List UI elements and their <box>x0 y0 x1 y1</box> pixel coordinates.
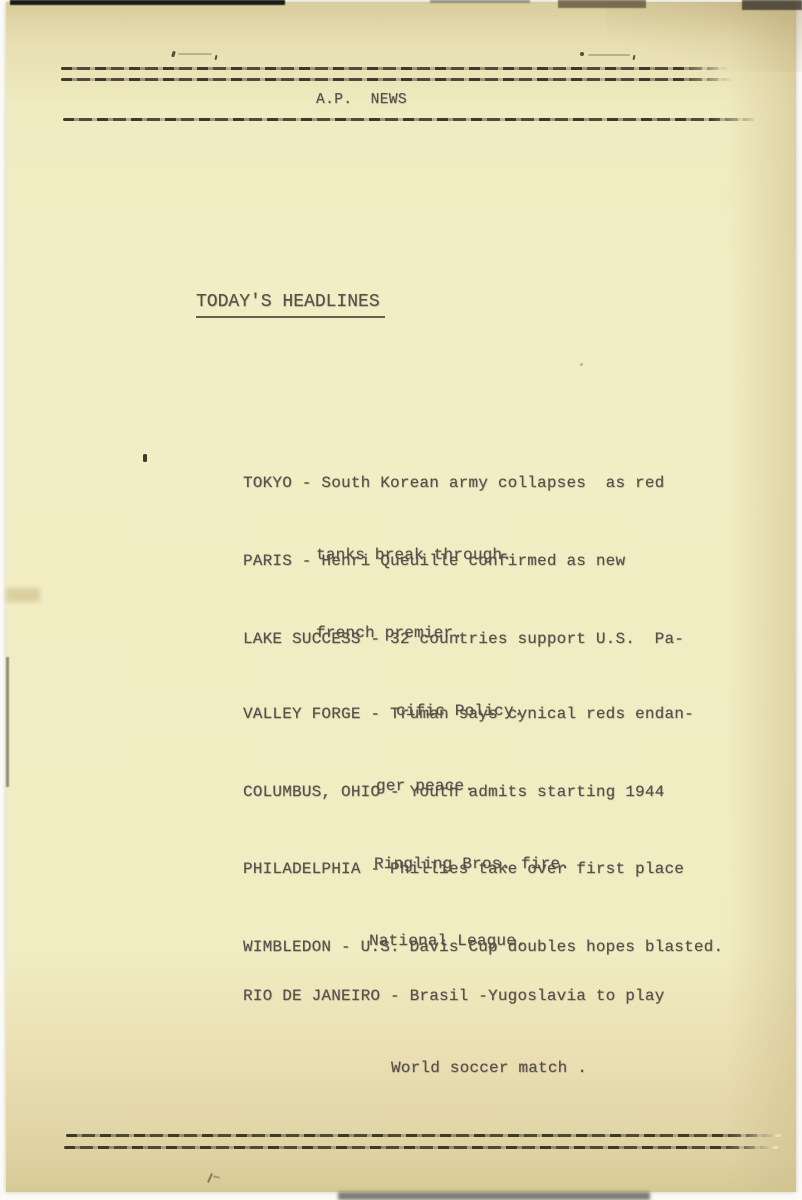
scan-edge-artifact <box>430 0 530 3</box>
paper-edge-shadow <box>6 657 9 787</box>
ink-speck <box>171 51 175 57</box>
masthead-top-rule-1 <box>61 67 729 70</box>
scan-edge-artifact <box>558 0 646 8</box>
section-title: TODAY'S HEADLINES <box>196 291 385 318</box>
ink-speck <box>213 1175 220 1178</box>
scan-edge-artifact <box>742 0 802 10</box>
scan-edge-artifact <box>10 0 285 5</box>
ink-speck <box>580 52 584 56</box>
headline-rio: RIO DE JANEIRO - Brasil -Yugoslavia to p… <box>243 946 783 1118</box>
ink-speck <box>580 363 583 366</box>
masthead-title: A.P. NEWS <box>316 91 407 109</box>
ink-speck <box>214 55 217 60</box>
headline-line1: TOKYO - South Korean army collapses as r… <box>243 473 783 493</box>
headline-line2: World soccer match . <box>391 1058 783 1078</box>
paper-fold-shade <box>606 2 802 72</box>
ink-speck <box>588 54 630 56</box>
headline-line1: LAKE SUCCESS - 32 countries support U.S.… <box>243 629 783 649</box>
ink-speck <box>207 1173 213 1183</box>
footer-rule-1 <box>66 1134 781 1137</box>
headline-line1: PARIS - Henri Queuille confirmed as new <box>243 551 783 571</box>
masthead-top-rule-2 <box>61 78 732 81</box>
headline-line1: COLUMBUS, OHIO - Youth admits starting 1… <box>243 782 783 802</box>
ink-speck <box>178 53 212 55</box>
headline-line1: PHILADELPHIA - Phillies take over first … <box>243 859 783 879</box>
paper-stain <box>6 588 40 602</box>
headline-line1: VALLEY FORGE - Truman says cynical reds … <box>243 704 783 724</box>
footer-rule-2 <box>64 1146 778 1149</box>
scan-root: { "document": { "masthead": "A.P. NEWS",… <box>0 0 802 1200</box>
document-page: A.P. NEWS TODAY'S HEADLINES TOKYO - Sout… <box>6 2 796 1192</box>
ink-speck <box>143 454 147 462</box>
masthead-bottom-rule <box>63 118 758 121</box>
headline-line1: RIO DE JANEIRO - Brasil -Yugoslavia to p… <box>243 986 783 1006</box>
scan-edge-artifact <box>338 1192 650 1200</box>
